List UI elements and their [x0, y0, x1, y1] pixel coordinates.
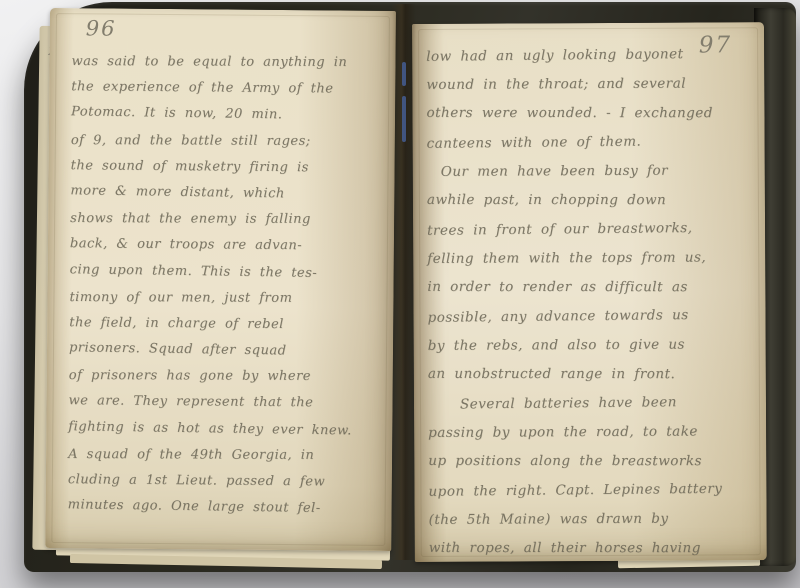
handwritten-line: prisoners. Squad after squad	[69, 335, 383, 366]
handwritten-line: shows that the enemy is falling	[70, 206, 384, 233]
handwritten-line: possible, any advance towards us	[427, 300, 761, 332]
handwritten-line: Several batteries have been	[428, 387, 762, 419]
handwritten-line: up positions along the breastworks	[428, 447, 762, 476]
handwritten-line: low had an ugly looking bayonet	[426, 39, 760, 71]
handwritten-line: we are. They represent that the	[68, 389, 382, 418]
handwritten-line: fighting is as hot as they ever knew.	[68, 414, 382, 445]
handwritten-line: passing by upon the road, to take	[428, 417, 762, 448]
handwritten-line: was said to be equal to anything in	[71, 49, 385, 76]
handwritten-line: minutes ago. One large stout fel-	[67, 492, 381, 523]
handwritten-line: the field, in charge of rebel	[69, 310, 383, 339]
handwritten-line: in order to render as difficult as	[427, 273, 761, 302]
handwritten-line: of 9, and the battle still rages;	[71, 128, 385, 155]
handwritten-line: (the 5th Maine) was drawn by	[429, 504, 763, 535]
handwritten-line: the sound of musketry firing is	[71, 153, 385, 182]
handwritten-line: an unobstructed range in front.	[428, 360, 762, 389]
left-page: 96 was said to be equal to anything in t…	[45, 8, 396, 551]
handwritten-line: by the rebs, and also to give us	[428, 330, 762, 361]
handwritten-line: felling them with the tops from us,	[427, 243, 761, 274]
right-page: 97 low had an ugly looking bayonet wound…	[412, 22, 767, 562]
handwritten-line: cluding a 1st Lieut. passed a few	[68, 467, 382, 496]
left-page-handwriting: was said to be equal to anything in the …	[68, 48, 386, 522]
photograph-scene: 2 96 was said to be equal to anything in…	[0, 0, 800, 588]
left-page-number: 96	[86, 16, 117, 40]
handwritten-line: back, & our troops are advan-	[70, 231, 384, 260]
handwritten-line: others were wounded. - I exchanged	[426, 99, 760, 128]
handwritten-line: canteens with one of them.	[426, 126, 760, 158]
handwritten-line: upon the right. Capt. Lepines battery	[428, 474, 762, 506]
diary-book: 2 96 was said to be equal to anything in…	[0, 0, 800, 588]
handwritten-line: cing upon them. This is the tes-	[70, 257, 384, 288]
handwritten-line: timony of our men, just from	[69, 285, 383, 312]
handwritten-line: A squad of the 49th Georgia, in	[68, 442, 382, 469]
handwritten-line: more & more distant, which	[70, 178, 384, 209]
handwritten-line: of prisoners has gone by where	[69, 363, 383, 390]
handwritten-line: awhile past, in chopping down	[427, 186, 761, 215]
handwritten-line: Potomac. It is now, 20 min.	[71, 100, 385, 131]
handwritten-line: trees in front of our breastworks,	[427, 213, 761, 245]
handwritten-line: Our men have been busy for	[427, 156, 761, 187]
handwritten-line: with ropes, all their horses having	[429, 534, 763, 563]
right-page-handwriting: low had an ugly looking bayonet wound in…	[426, 40, 763, 564]
handwritten-line: wound in the throat; and several	[426, 69, 760, 100]
